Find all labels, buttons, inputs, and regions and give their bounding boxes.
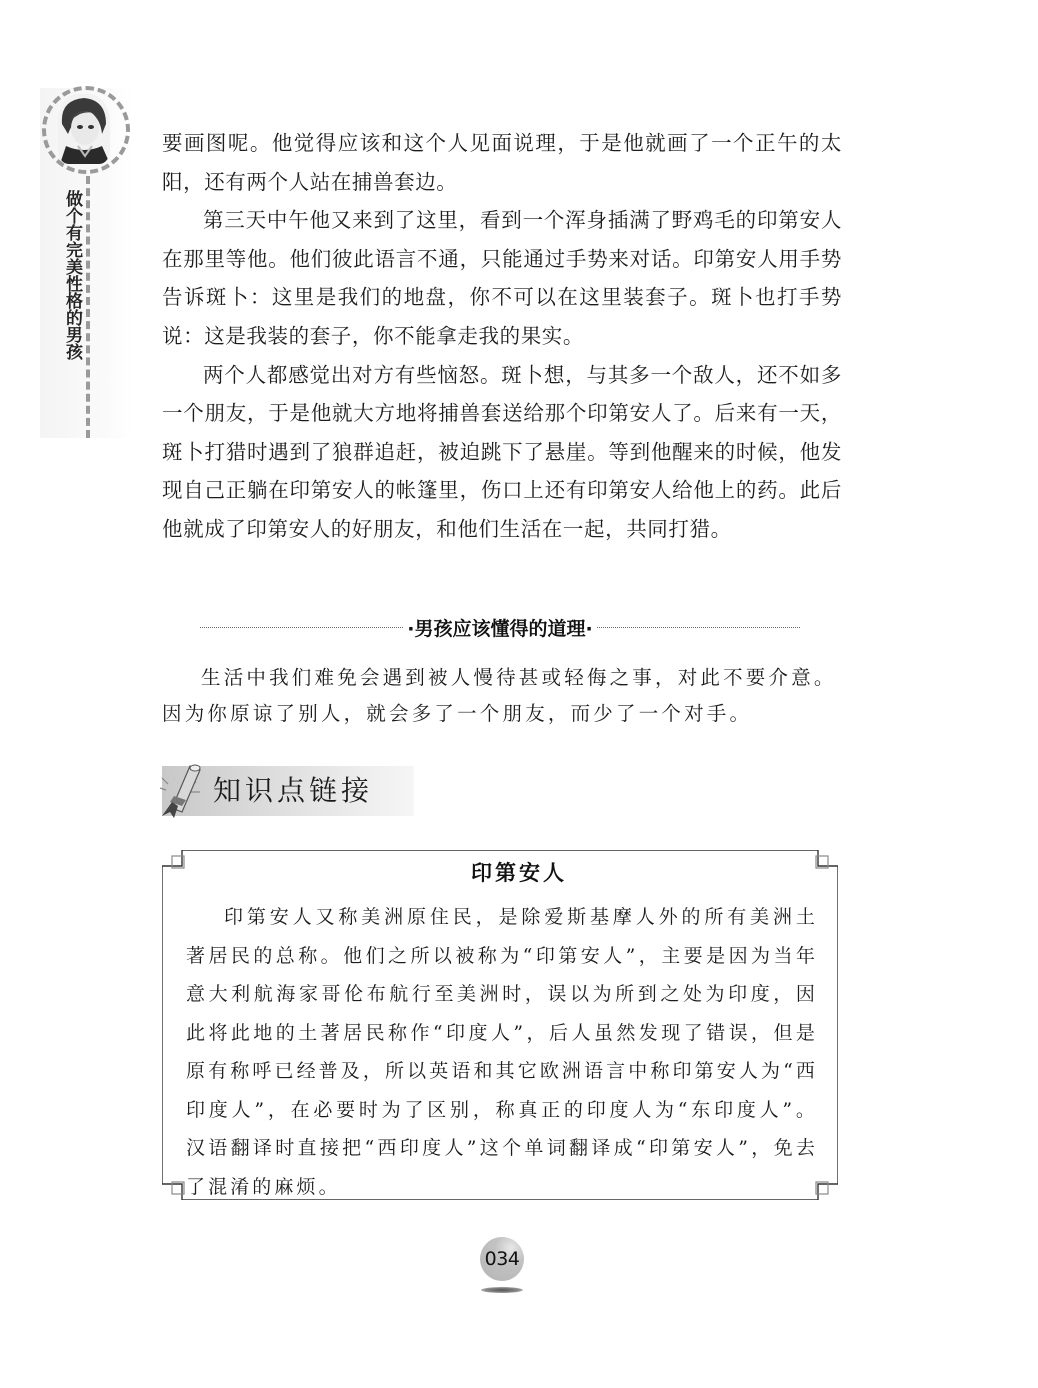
lesson-text: 生活中我们难免会遇到被人慢待甚或轻侮之事，对此不要介意。因为你原谅了别人，就会多… bbox=[162, 660, 842, 732]
side-dashed-line bbox=[86, 176, 90, 438]
lesson-divider: ·男孩应该懂得的道理· bbox=[200, 612, 800, 642]
page-number-shadow bbox=[481, 1287, 523, 1293]
lesson-heading: ·男孩应该懂得的道理· bbox=[403, 614, 596, 641]
knowledge-header-title: 知识点链接 bbox=[213, 772, 373, 810]
series-title: 做个有完美性格的男孩 bbox=[58, 190, 82, 360]
knowledge-box-body: 印第安人又称美洲原住民，是除爱斯基摩人外的所有美洲土著居民的总称。他们之所以被称… bbox=[186, 898, 818, 1206]
lesson-body: 生活中我们难免会遇到被人慢待甚或轻侮之事，对此不要介意。因为你原谅了别人，就会多… bbox=[162, 660, 842, 732]
story-paragraph: 要画图呢。他觉得应该和这个人见面说理，于是他就画了一个正午的太阳，还有两个人站在… bbox=[162, 124, 842, 201]
divider-dotted-line-left bbox=[200, 627, 403, 628]
story-body: 要画图呢。他觉得应该和这个人见面说理，于是他就画了一个正午的太阳，还有两个人站在… bbox=[162, 124, 842, 549]
knowledge-box-text: 印第安人又称美洲原住民，是除爱斯基摩人外的所有美洲土著居民的总称。他们之所以被称… bbox=[186, 898, 818, 1206]
boy-portrait-icon bbox=[58, 94, 110, 164]
divider-dotted-line-right bbox=[597, 627, 800, 628]
page-number: 034 bbox=[485, 1248, 520, 1270]
scroll-icon bbox=[160, 762, 210, 818]
story-paragraph: 两个人都感觉出对方有些恼怒。斑卜想，与其多一个敌人，还不如多一个朋友，于是他就大… bbox=[162, 356, 842, 549]
knowledge-box-title: 印第安人 bbox=[0, 857, 1038, 887]
page-number-badge: 034 bbox=[480, 1237, 524, 1281]
story-paragraph: 第三天中午他又来到了这里，看到一个浑身插满了野鸡毛的印第安人在那里等他。他们彼此… bbox=[162, 201, 842, 355]
